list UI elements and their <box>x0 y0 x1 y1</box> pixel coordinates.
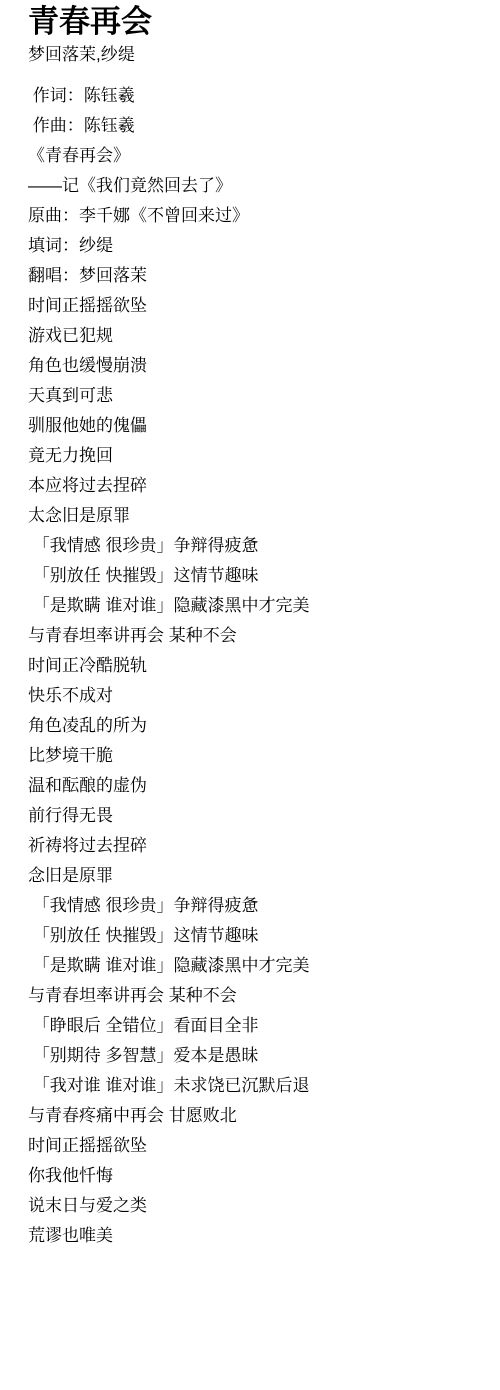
lyric-line: 角色凌乱的所为 <box>28 711 480 741</box>
lyric-line: 「是欺瞒 谁对谁」隐藏漆黑中才完美 <box>28 951 480 981</box>
lyric-line: 「是欺瞒 谁对谁」隐藏漆黑中才完美 <box>28 591 480 621</box>
lyric-line: 快乐不成对 <box>28 681 480 711</box>
lyric-line: 角色也缓慢崩溃 <box>28 351 480 381</box>
lyric-line: 「我情感 很珍贵」争辩得疲惫 <box>28 891 480 921</box>
lyric-line: 太念旧是原罪 <box>28 501 480 531</box>
lyric-line: 填词：纱缇 <box>28 231 480 261</box>
lyric-line: 时间正摇摇欲坠 <box>28 1131 480 1161</box>
lyric-line: 荒谬也唯美 <box>28 1221 480 1251</box>
lyric-line: ——记《我们竟然回去了》 <box>28 171 480 201</box>
lyric-line: 「我情感 很珍贵」争辩得疲惫 <box>28 531 480 561</box>
lyric-line: 前行得无畏 <box>28 801 480 831</box>
lyric-line: 念旧是原罪 <box>28 861 480 891</box>
lyric-line: 时间正摇摇欲坠 <box>28 291 480 321</box>
lyric-line: 作词：陈钰羲 <box>28 81 480 111</box>
page-title: 青春再会 <box>28 2 480 42</box>
lyric-line: 「别放任 快摧毁」这情节趣味 <box>28 921 480 951</box>
lyric-line: 天真到可悲 <box>28 381 480 411</box>
lyric-line: 竟无力挽回 <box>28 441 480 471</box>
lyric-line: 说末日与爱之类 <box>28 1191 480 1221</box>
lyric-line: 「睁眼后 全错位」看面目全非 <box>28 1011 480 1041</box>
lyric-line: 「别放任 快摧毁」这情节趣味 <box>28 561 480 591</box>
lyric-line: 与青春坦率讲再会 某种不会 <box>28 981 480 1011</box>
lyric-line: 作曲：陈钰羲 <box>28 111 480 141</box>
lyric-line: 比梦境干脆 <box>28 741 480 771</box>
lyric-line: 温和酝酿的虚伪 <box>28 771 480 801</box>
lyric-line: 祈祷将过去捏碎 <box>28 831 480 861</box>
lyric-line: 与青春坦率讲再会 某种不会 <box>28 621 480 651</box>
lyric-line: 《青春再会》 <box>28 141 480 171</box>
lyric-line: 时间正冷酷脱轨 <box>28 651 480 681</box>
lyric-line: 驯服他她的傀儡 <box>28 411 480 441</box>
lyric-line: 你我他忏悔 <box>28 1161 480 1191</box>
lyric-line: 「别期待 多智慧」爱本是愚昧 <box>28 1041 480 1071</box>
lyric-line: 本应将过去捏碎 <box>28 471 480 501</box>
lyric-line: 「我对谁 谁对谁」未求饶已沉默后退 <box>28 1071 480 1101</box>
artists-subtitle: 梦回落茉,纱缇 <box>28 43 480 67</box>
lyric-line: 翻唱：梦回落茉 <box>28 261 480 291</box>
lyric-line: 原曲：李千娜《不曾回来过》 <box>28 201 480 231</box>
lyric-line: 与青春疼痛中再会 甘愿败北 <box>28 1101 480 1131</box>
lyric-line: 游戏已犯规 <box>28 321 480 351</box>
lyrics-body: 作词：陈钰羲 作曲：陈钰羲《青春再会》——记《我们竟然回去了》原曲：李千娜《不曾… <box>28 81 480 1251</box>
lyrics-page: 青春再会 梦回落茉,纱缇 作词：陈钰羲 作曲：陈钰羲《青春再会》——记《我们竟然… <box>0 0 500 1251</box>
